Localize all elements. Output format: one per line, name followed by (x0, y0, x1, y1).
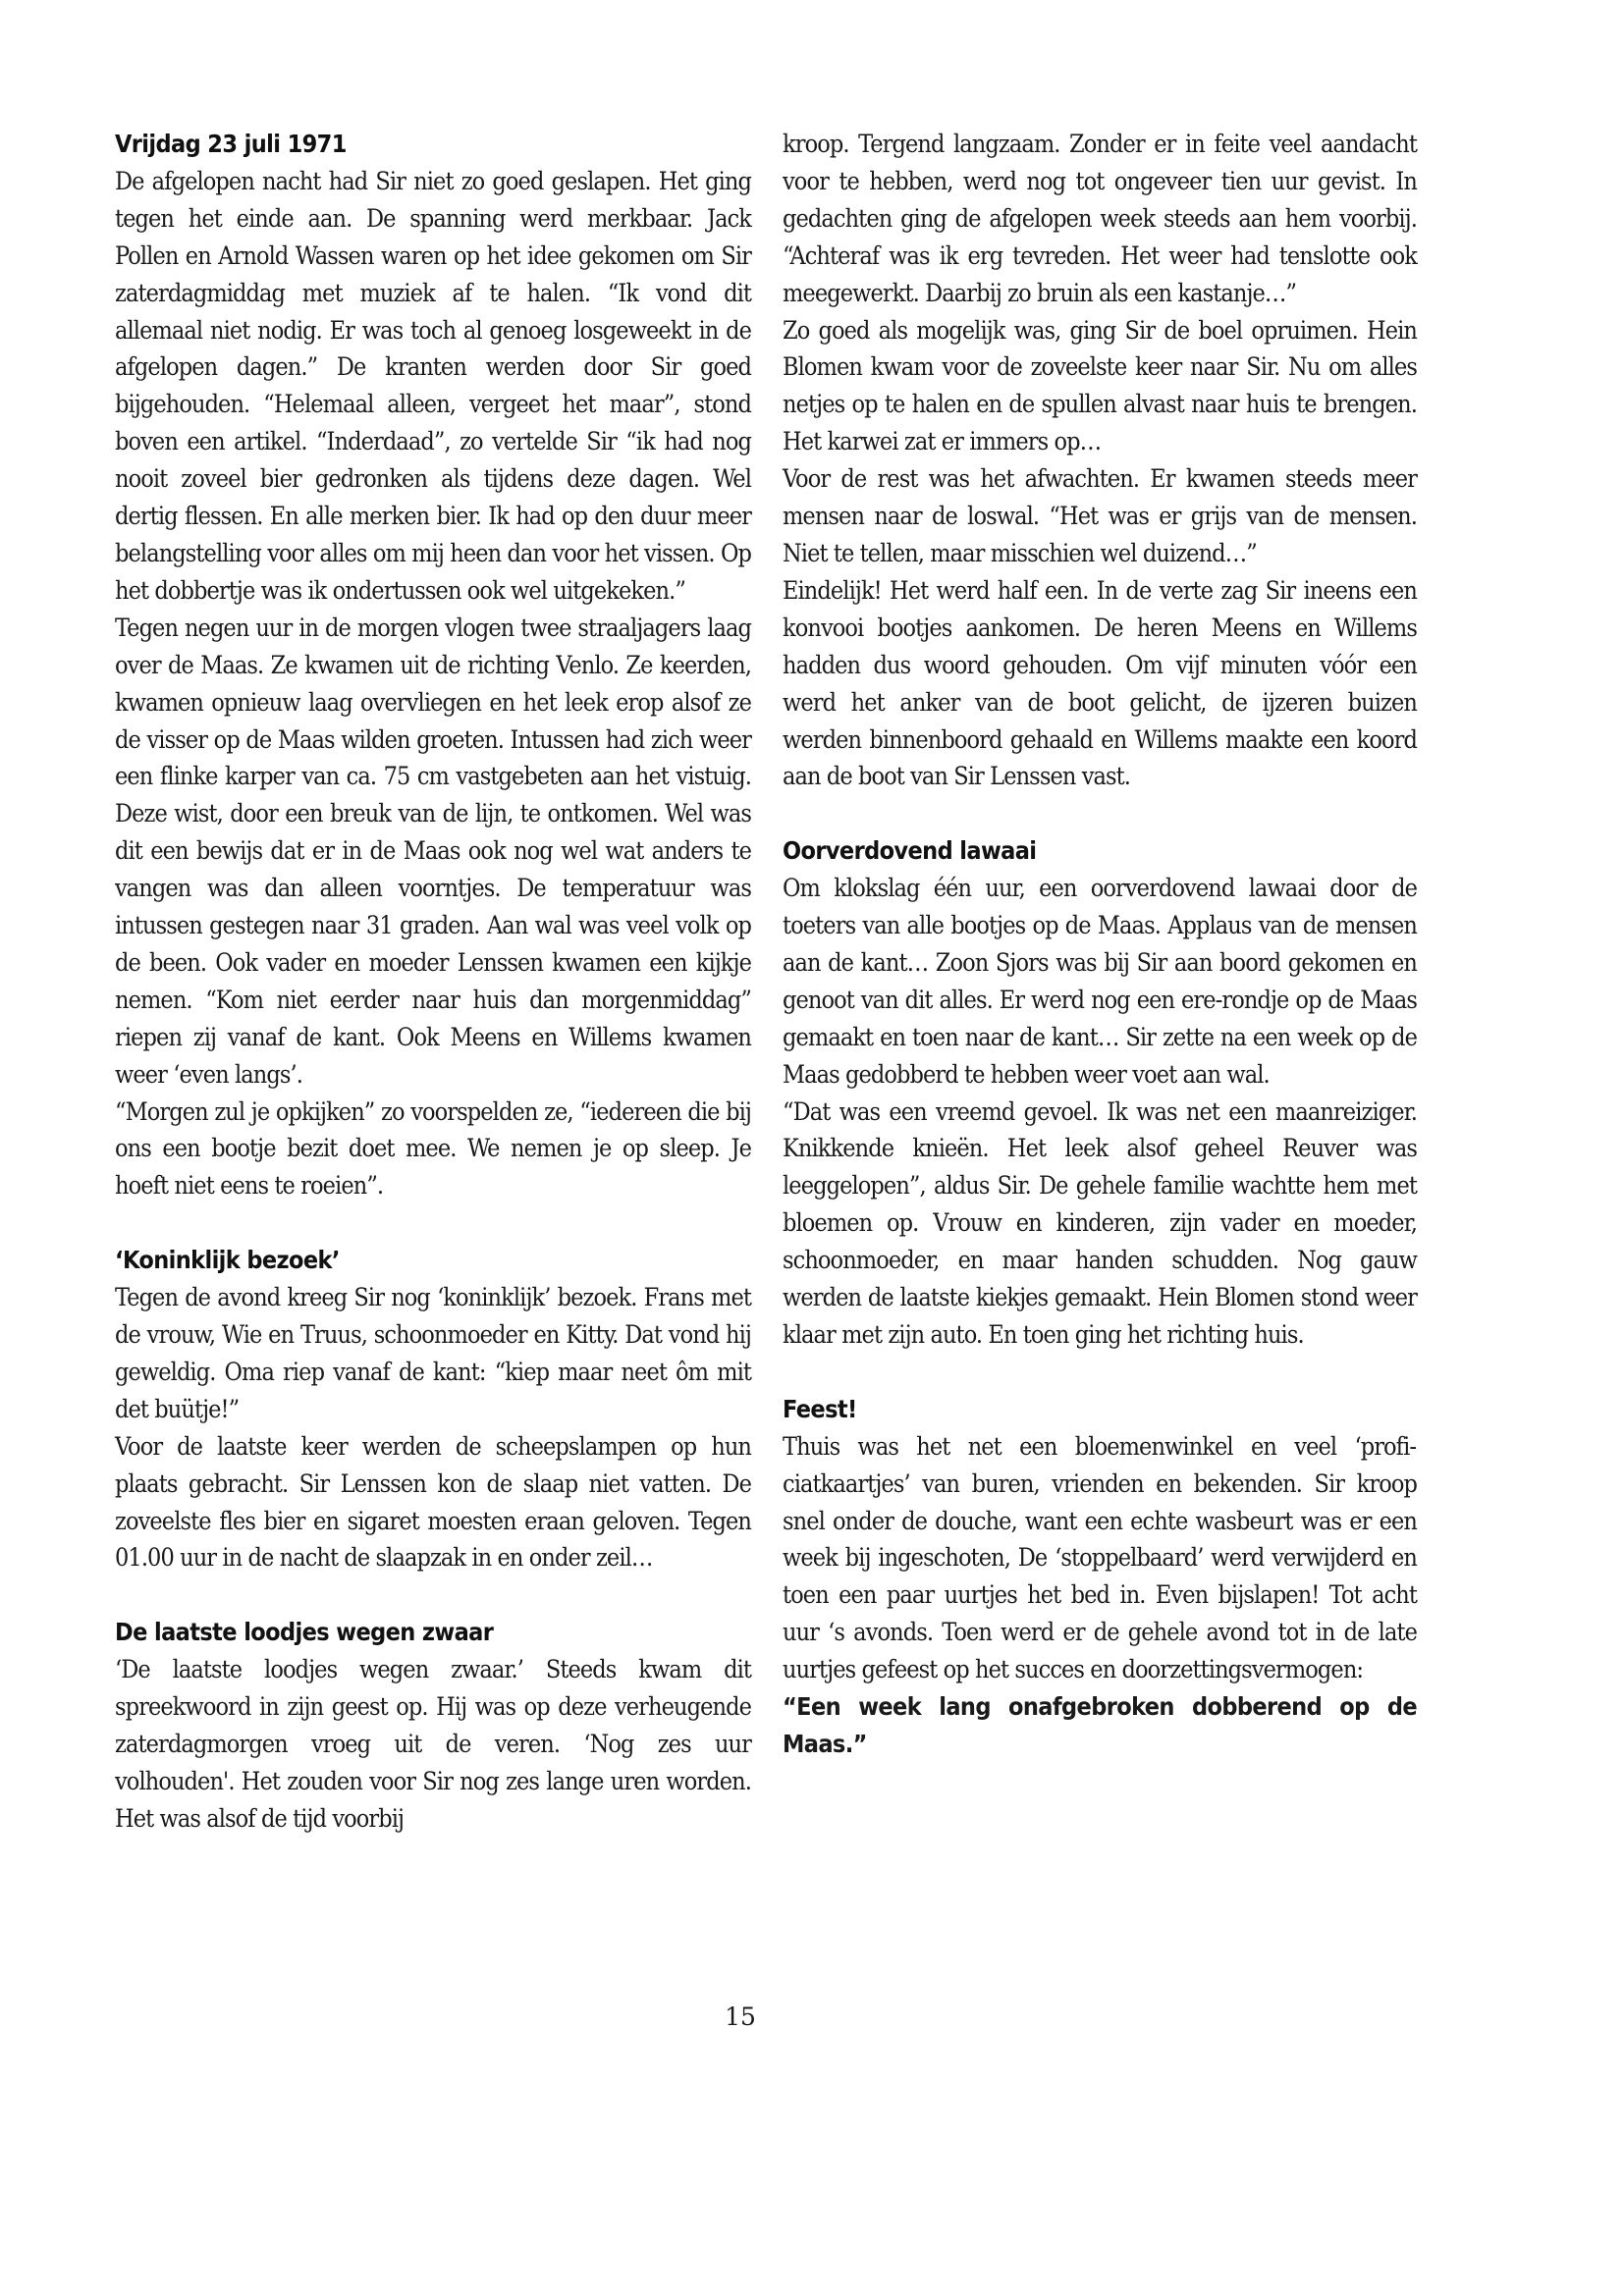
section-heading-party: Feest! (783, 1391, 1417, 1428)
paragraph: kroop. Tergend langzaam. Zonder er in fe… (783, 126, 1417, 312)
paragraph: Tegen negen uur in de morgen vlogen twee… (115, 610, 751, 1094)
paragraph: Voor de laatste keer werden de scheepsla… (115, 1428, 751, 1577)
paragraph: Zo goed als mogelijk was, ging Sir de bo… (783, 312, 1417, 461)
paragraph: Om klokslag één uur, een oorverdovend la… (783, 870, 1417, 1093)
closing-quote: “Een week lang onafgebroken dobberend op… (783, 1688, 1417, 1763)
paragraph: Voor de rest was het afwachten. Er kwame… (783, 460, 1417, 572)
page-number: 15 (0, 2002, 1481, 2031)
paragraph: De afgelopen nacht had Sir niet zo goed … (115, 163, 751, 610)
section-heading-last-stretch: De laatste loodjes wegen zwaar (115, 1614, 751, 1651)
section-heading-friday: Vrijdag 23 juli 1971 (115, 126, 751, 163)
document-page: Vrijdag 23 juli 1971 De afgelopen nacht … (0, 0, 1624, 2296)
section-heading-deafening-noise: Oorverdovend lawaai (783, 832, 1417, 870)
paragraph: “Morgen zul je opkijken” zo voorspelden … (115, 1094, 751, 1205)
right-column: kroop. Tergend langzaam. Zonder er in fe… (783, 126, 1417, 1763)
paragraph: Tegen de avond kreeg Sir nog ‘koninklijk… (115, 1279, 751, 1428)
paragraph: Eindelijk! Het werd half een. In de vert… (783, 572, 1417, 795)
paragraph: Thuis was het net een bloemenwinkel en v… (783, 1428, 1417, 1688)
section-heading-royal-visit: ‘Koninklijk bezoek’ (115, 1242, 751, 1279)
paragraph: ‘De laatste loodjes wegen zwaar.’ Steeds… (115, 1651, 751, 1838)
paragraph: “Dat was een vreemd gevoel. Ik was net e… (783, 1094, 1417, 1354)
left-column: Vrijdag 23 juli 1971 De afgelopen nacht … (115, 126, 751, 1838)
